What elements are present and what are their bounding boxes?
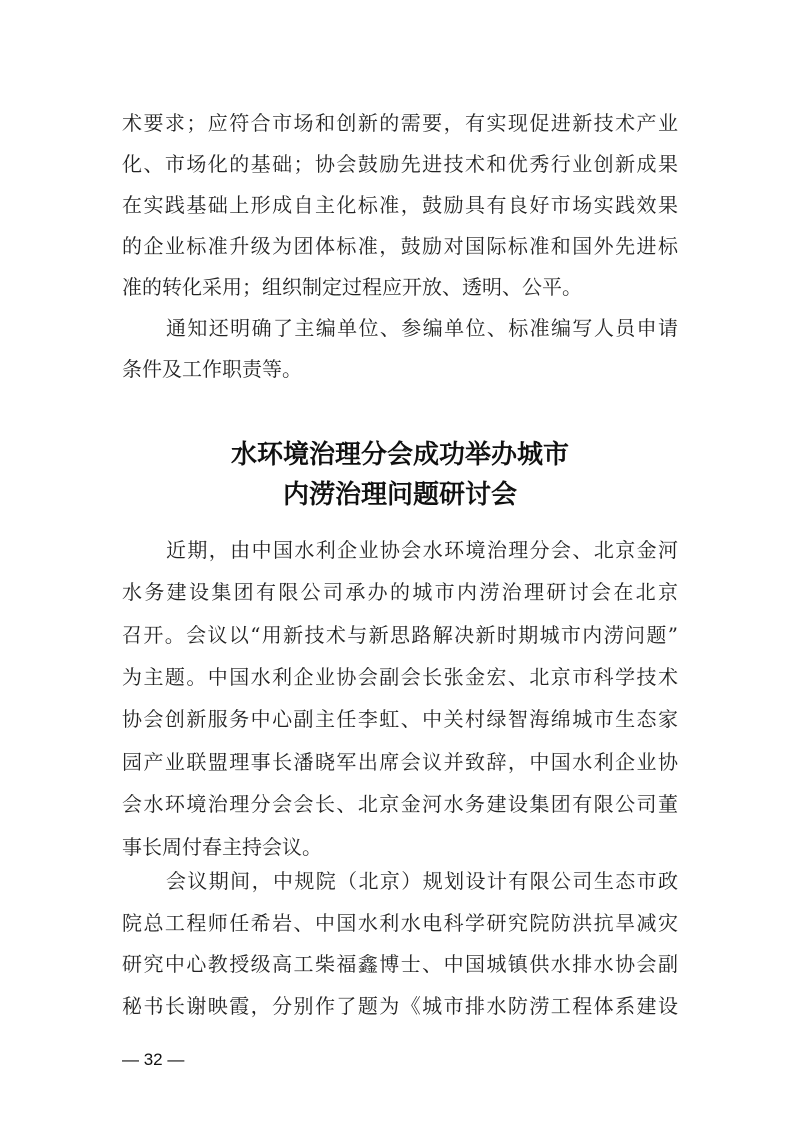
text-line: 术要求；应符合市场和创新的需要，有实现促进新技术产业 — [122, 103, 678, 144]
text-line: 准的转化采用；组织制定过程应开放、透明、公平。 — [122, 267, 678, 308]
text-line: 研究中心教授级高工柴福鑫博士、中国城镇供水排水协会副 — [122, 944, 678, 986]
text-line: 在实践基础上形成自主化标准，鼓励具有良好市场实践效果 — [122, 185, 678, 226]
text-line: 会议期间，中规院（北京）规划设计有限公司生态市政 — [122, 861, 678, 903]
article-paragraph-1: 近期，由中国水利企业协会水环境治理分会、北京金河 水务建设集团有限公司承办的城市… — [122, 529, 678, 868]
text-line: 近期，由中国水利企业协会水环境治理分会、北京金河 — [122, 529, 678, 571]
text-line: 通知还明确了主编单位、参编单位、标准编写人员申请 — [122, 308, 678, 349]
text-line: 会水环境治理分会会长、北京金河水务建设集团有限公司董 — [122, 783, 678, 825]
article-title-line: 内涝治理问题研讨会 — [0, 475, 800, 515]
article-title: 水环境治理分会成功举办城市 内涝治理问题研讨会 — [0, 435, 800, 515]
text-line: 化、市场化的基础；协会鼓励先进技术和优秀行业创新成果 — [122, 144, 678, 185]
text-line: 水务建设集团有限公司承办的城市内涝治理研讨会在北京 — [122, 571, 678, 613]
page-number: — 32 — — [122, 1048, 184, 1072]
intro-paragraph-1: 术要求；应符合市场和创新的需要，有实现促进新技术产业 化、市场化的基础；协会鼓励… — [122, 103, 678, 308]
text-line: 协会创新服务中心副主任李虹、中关村绿智海绵城市生态家 — [122, 698, 678, 740]
text-line: 园产业联盟理事长潘晓军出席会议并致辞，中国水利企业协 — [122, 741, 678, 783]
text-line: 院总工程师任希岩、中国水利水电科学研究院防洪抗旱减灾 — [122, 903, 678, 945]
text-line: 条件及工作职责等。 — [122, 349, 678, 390]
intro-paragraph-2: 通知还明确了主编单位、参编单位、标准编写人员申请 条件及工作职责等。 — [122, 308, 678, 390]
article-title-line: 水环境治理分会成功举办城市 — [0, 435, 800, 475]
text-line: 为主题。中国水利企业协会副会长张金宏、北京市科学技术 — [122, 656, 678, 698]
text-line: 秘书长谢映霞，分别作了题为《城市排水防涝工程体系建设 — [122, 986, 678, 1028]
article-paragraph-2: 会议期间，中规院（北京）规划设计有限公司生态市政 院总工程师任希岩、中国水利水电… — [122, 861, 678, 1028]
text-line: 召开。会议以“用新技术与新思路解决新时期城市内涝问题” — [122, 614, 678, 656]
text-line: 的企业标准升级为团体标准，鼓励对国际标准和国外先进标 — [122, 226, 678, 267]
